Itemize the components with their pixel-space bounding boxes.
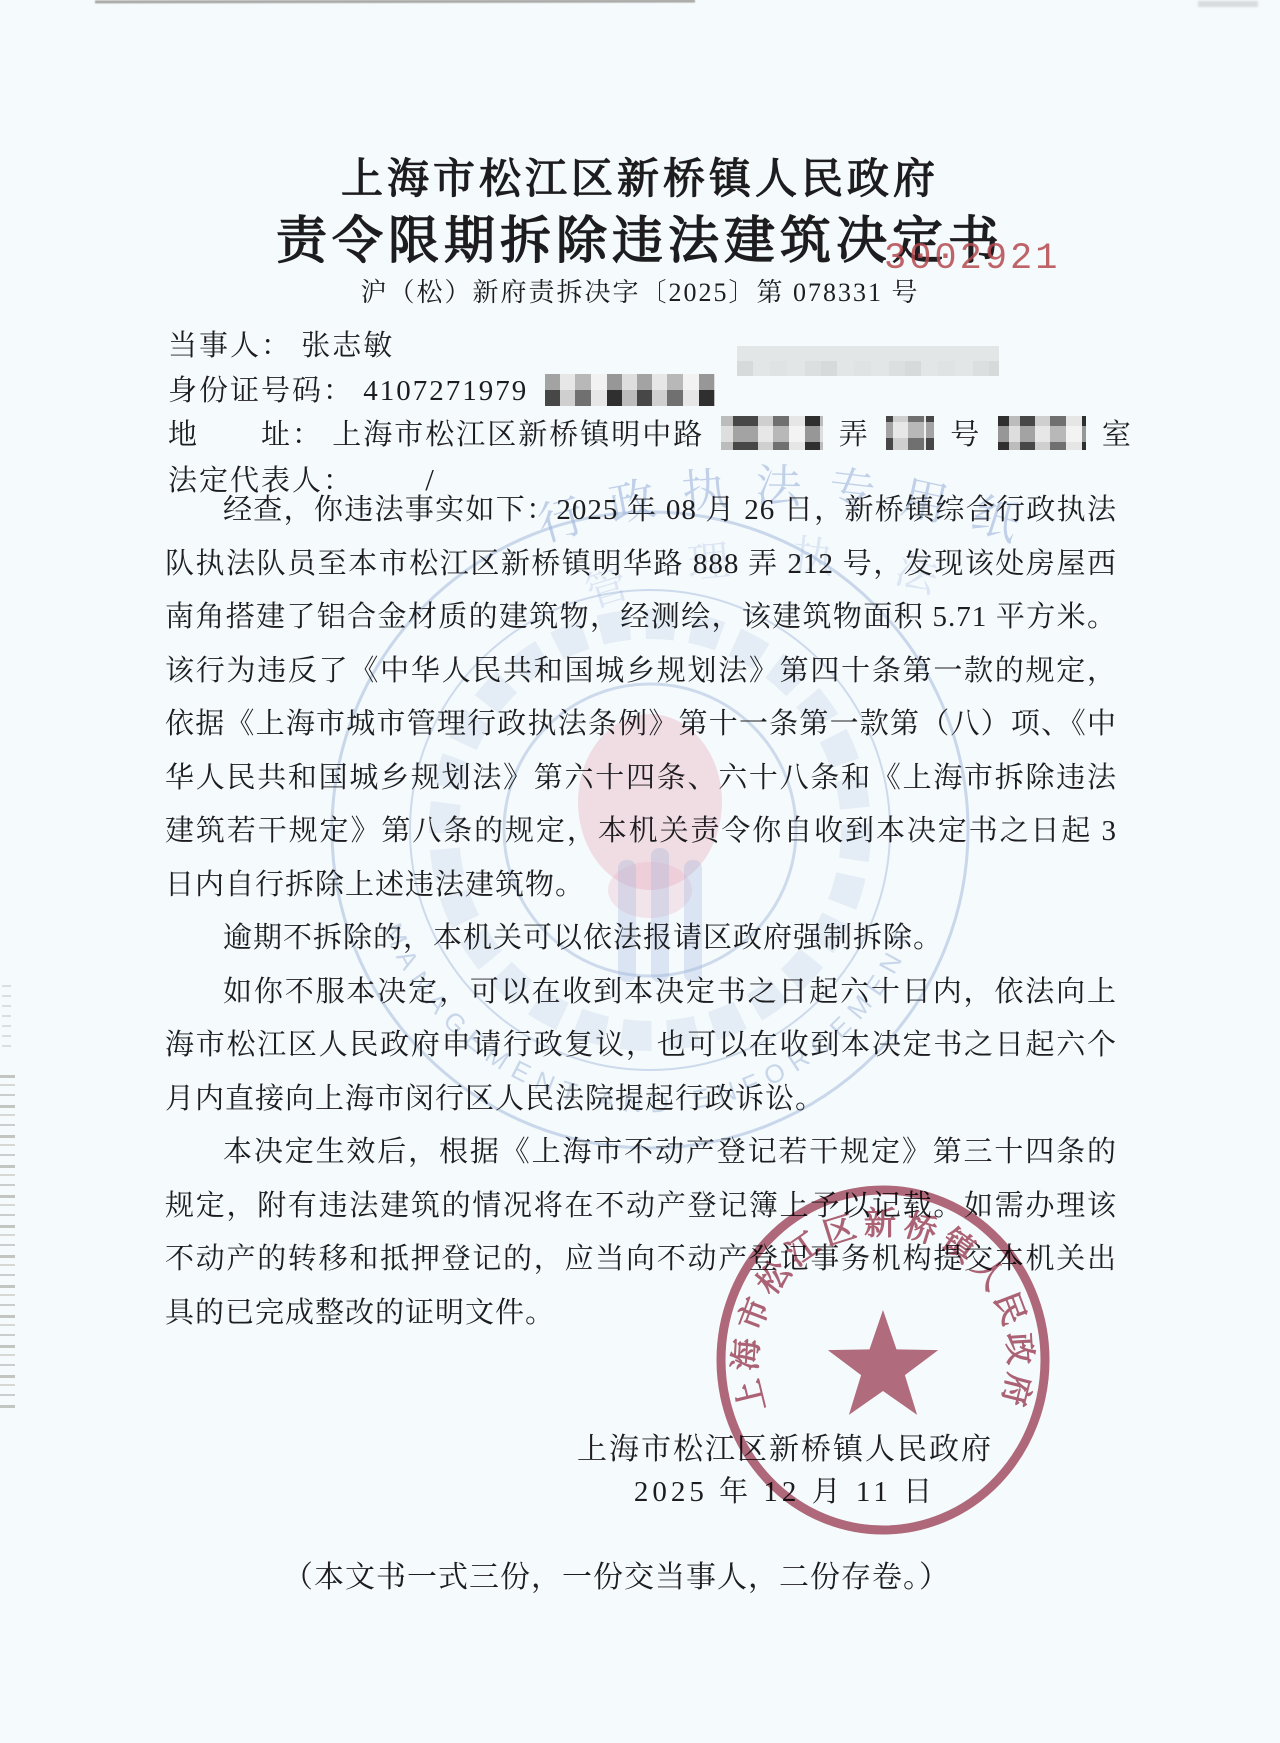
redaction-mosaic-id (545, 374, 715, 406)
party-id-label: 身份证号码： (168, 375, 354, 407)
scan-artifact-left-edge-2 (2, 985, 11, 1055)
scan-artifact-top-right (1198, 1, 1258, 7)
scan-artifact-left-edge (0, 1075, 15, 1410)
body-paragraph-facts: 经查，你违法事实如下：2025 年 08 月 26 日，新桥镇综合行政执法队执法… (165, 484, 1117, 912)
redaction-mosaic-lane (721, 416, 823, 450)
party-address-line: 地 址： 上海市松江区新桥镇明中路 弄 号 室 (168, 413, 1133, 458)
footer-note: （本文书一式三份，一份交当事人，二份存卷。） (283, 1552, 950, 1596)
redaction-mosaic-room (998, 416, 1086, 450)
party-address-number-unit: 号 (950, 419, 981, 451)
party-address-prefix: 上海市松江区新桥镇明中路 (332, 419, 704, 451)
party-address-label: 地 址： (168, 419, 323, 451)
party-name-label: 当事人： (168, 330, 292, 362)
body-paragraph-enforcement: 逾期不拆除的，本机关可以依法报请区政府强制拆除。 (165, 912, 1117, 966)
document-number: 沪（松）新府责拆决字〔2025〕第 078331 号 (0, 272, 1280, 309)
scan-artifact-top-line (95, 0, 695, 3)
party-id-value: 4107271979 (363, 375, 528, 407)
redaction-mosaic-ghost (737, 346, 999, 376)
party-name-value: 张志敏 (301, 330, 394, 362)
redaction-mosaic-number (886, 416, 934, 450)
issuing-org-title: 上海市松江区新桥镇人民政府 (0, 146, 1280, 206)
party-address-lane-unit: 弄 (839, 419, 870, 451)
serial-number-stamp: 3002921 (884, 238, 1060, 280)
body-paragraph-appeal: 如你不服本决定，可以在收到本决定书之日起六十日内，依法向上海市松江区人民政府申请… (165, 966, 1117, 1127)
star-icon (828, 1310, 938, 1415)
red-official-stamp: 上海市松江区新桥镇人民政府 (695, 1168, 1075, 1558)
document-page: 行政执法专用纸 管理执法 MANAGEMENT AND ENFORCEMENT … (0, 0, 1280, 1743)
document-title: 责令限期拆除违法建筑决定书 (0, 199, 1280, 273)
party-address-room-unit: 室 (1102, 419, 1133, 451)
